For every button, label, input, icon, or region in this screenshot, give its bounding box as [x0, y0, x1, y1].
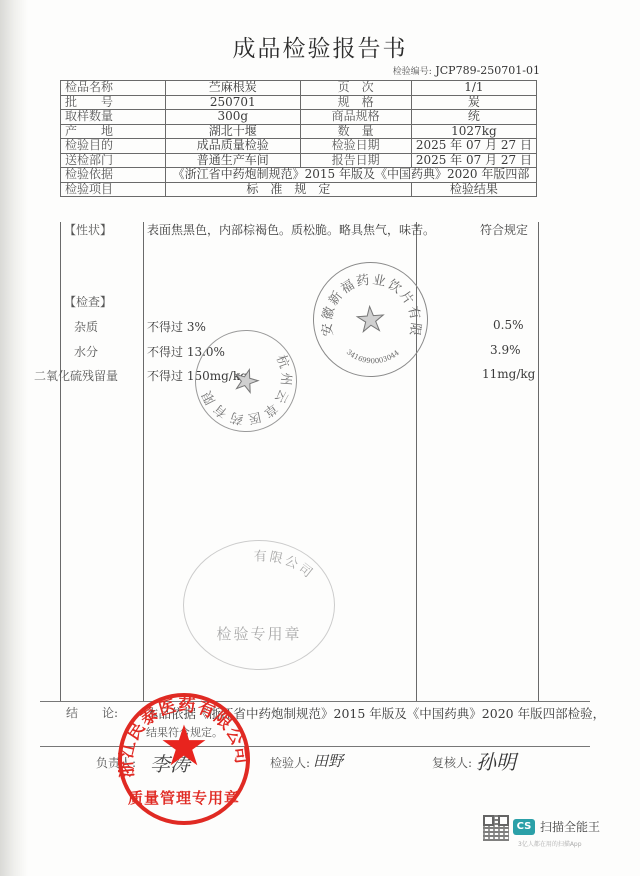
info-row: 产 地湖北十堰数 量1027kg	[61, 124, 537, 139]
info-value: 成品质量检验	[166, 139, 301, 154]
camscanner-logo-icon: CS	[513, 819, 535, 835]
info-label: 产 地	[61, 124, 166, 139]
info-label: 报告日期	[300, 153, 411, 168]
info-row: 送检部门普通生产车间报告日期2025 年 07 月 27 日	[61, 153, 537, 168]
info-value: 湖北十堰	[166, 124, 301, 139]
character-result: 符合规定	[480, 221, 528, 238]
info-label: 商品规格	[300, 110, 411, 125]
qr-code-icon	[483, 815, 509, 841]
reviewer-label: 复核人:	[432, 754, 472, 771]
info-label: 规 格	[300, 95, 411, 110]
info-label: 送检部门	[61, 153, 166, 168]
info-value: 1/1	[411, 81, 536, 96]
info-label: 检验日期	[300, 139, 411, 154]
info-label: 检品名称	[61, 81, 166, 96]
inspection-result: 0.5%	[493, 318, 524, 332]
basis-value: 《浙江省中药炮制规范》2015 年版及《中国药典》2020 年版四部	[166, 168, 537, 183]
header-item: 检验项目	[61, 182, 166, 197]
watermark-subtitle: 3亿人都在用的扫描App	[518, 839, 582, 848]
info-value: 苎麻根炭	[166, 81, 301, 96]
basis-row: 检验依据 《浙江省中药炮制规范》2015 年版及《中国药典》2020 年版四部	[61, 168, 537, 183]
report-number-value: JCP789-250701-01	[435, 64, 540, 77]
conclusion-label: 结 论:	[66, 704, 118, 721]
inspector-label: 检验人:	[270, 754, 310, 771]
report-number-label: 检验编号:	[393, 67, 432, 77]
inspection-item: 水分	[74, 343, 98, 360]
info-value: 炭	[411, 95, 536, 110]
inspection-result: 11mg/kg	[482, 367, 535, 381]
info-value: 2025 年 07 月 27 日	[411, 139, 536, 154]
character-label: 【性状】	[64, 221, 112, 238]
header-standard: 标 准 规 定	[166, 182, 412, 197]
company-seal-stamp: 安徽新福药业饮片有限公司 3416990003044 ★	[309, 258, 432, 381]
svg-text:有限公司: 有限公司	[254, 549, 317, 582]
watermark-app-name: 扫描全能王	[540, 818, 600, 835]
info-label: 检验目的	[61, 139, 166, 154]
info-row: 检品名称苎麻根炭页 次1/1	[61, 81, 537, 96]
items-header-row: 检验项目 标 准 规 定 检验结果	[61, 182, 537, 197]
seal-bottom-text: 检验专用章	[184, 623, 334, 644]
star-icon: ★	[159, 719, 209, 775]
info-label: 取样数量	[61, 110, 166, 125]
info-row: 取样数量300g商品规格统	[61, 110, 537, 125]
info-value: 2025 年 07 月 27 日	[411, 153, 536, 168]
quality-seal-stamp: 浙江民泰医药有限公司 ★ 质量管理专用章	[118, 693, 250, 825]
report-number: 检验编号: JCP789-250701-01	[393, 64, 540, 77]
info-label: 批 号	[61, 95, 166, 110]
reviewer-signature: 孙明	[476, 746, 516, 775]
info-value: 统	[411, 110, 536, 125]
seal-bottom-text: 质量管理专用章	[122, 787, 246, 808]
inspection-seal-stamp: 有限公司 检验专用章	[183, 540, 335, 670]
info-value: 1027kg	[411, 124, 536, 139]
character-standard: 表面焦黑色，内部棕褐色。质松脆。略具焦气，味苦。	[147, 221, 435, 238]
info-table: 检品名称苎麻根炭页 次1/1批 号250701规 格炭取样数量300g商品规格统…	[60, 80, 537, 197]
info-value: 250701	[166, 95, 301, 110]
inspection-item: 二氧化硫残留量	[34, 367, 118, 384]
inspection-standard: 不得过 3%	[147, 318, 206, 335]
inspection-result: 3.9%	[490, 343, 521, 357]
scan-edge-shadow	[0, 0, 28, 876]
inspector-signature: 田野	[313, 750, 343, 771]
info-label: 数 量	[300, 124, 411, 139]
basis-label: 检验依据	[61, 168, 166, 183]
info-value: 普通生产车间	[166, 153, 301, 168]
inspection-label: 【检查】	[64, 293, 112, 310]
star-icon: ★	[354, 298, 387, 340]
inspection-item: 杂质	[74, 318, 98, 335]
info-label: 页 次	[300, 81, 411, 96]
seal-ring-text: 有限公司	[184, 541, 334, 669]
document-title: 成品检验报告书	[0, 30, 640, 63]
header-result: 检验结果	[411, 182, 536, 197]
info-value: 300g	[166, 110, 301, 125]
svg-text:3416990003044: 3416990003044	[345, 345, 402, 368]
info-row: 批 号250701规 格炭	[61, 95, 537, 110]
info-row: 检验目的成品质量检验检验日期2025 年 07 月 27 日	[61, 139, 537, 154]
